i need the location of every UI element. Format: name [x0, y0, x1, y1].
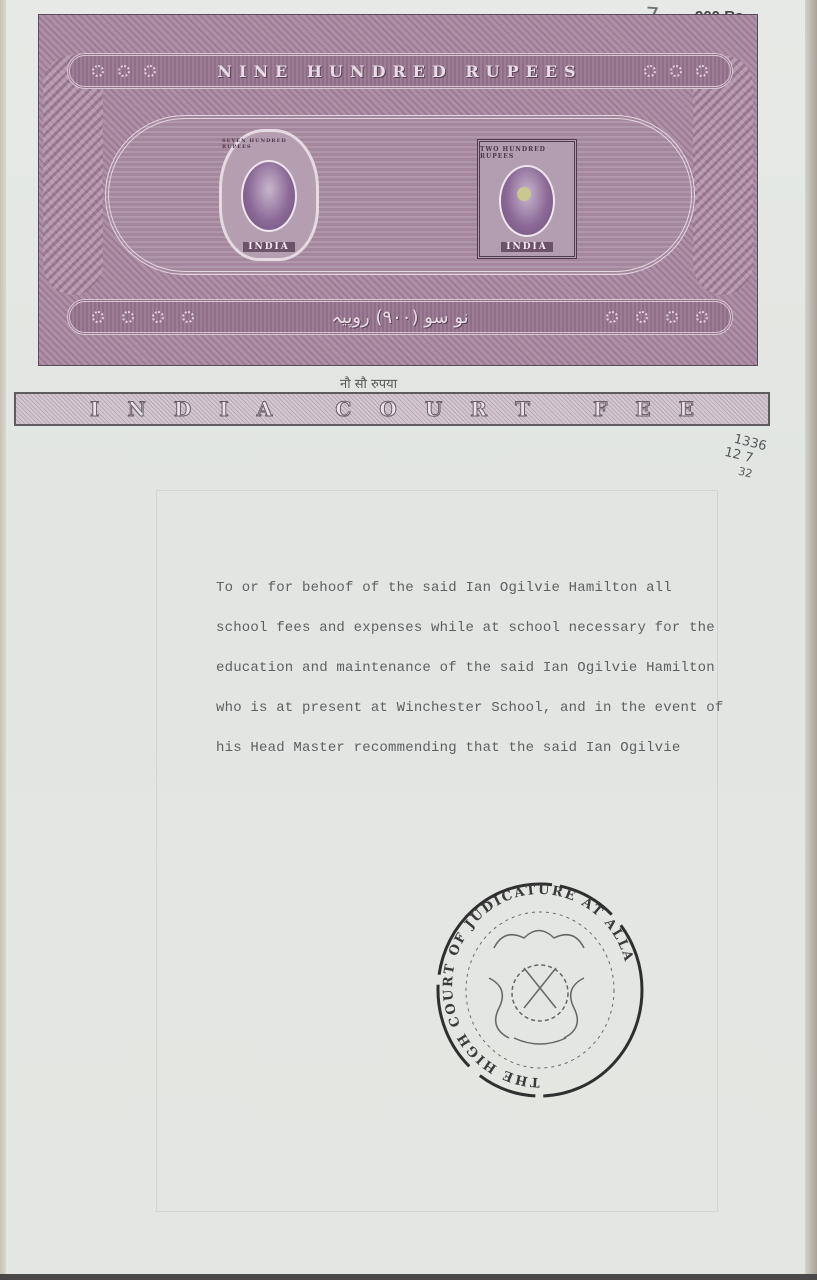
court-fee-letter: N — [127, 397, 145, 421]
court-fee-letter: R — [470, 397, 487, 421]
court-fee-letter — [558, 397, 565, 421]
court-fee-letter: F — [593, 397, 607, 421]
body-line: who is at present at Winchester School, … — [216, 688, 806, 728]
body-line: education and maintenance of the said Ia… — [216, 648, 806, 688]
right-vignette-legend: TWO HUNDRED RUPEES — [480, 146, 574, 160]
india-court-fee-banner: INDIA COURT FEE — [14, 392, 770, 426]
rosette-icon — [144, 65, 156, 77]
background-surface — [0, 1274, 817, 1280]
rosette-icon — [636, 311, 648, 323]
court-fee-letter: O — [379, 397, 396, 421]
left-vignette: SEVEN HUNDRED RUPEES INDIA — [219, 129, 319, 261]
court-fee-letter: A — [257, 397, 273, 421]
rosette-icon — [606, 311, 618, 323]
court-fee-letter: E — [679, 397, 694, 421]
court-fee-letter: I — [219, 397, 228, 421]
court-fee-letter: I — [90, 397, 99, 421]
denomination-urdu: نو سو (۹۰۰) روپیہ — [331, 307, 468, 328]
rosette-icon — [666, 311, 678, 323]
rosette-icon — [92, 311, 104, 323]
king-portrait-icon — [241, 160, 297, 232]
top-denomination-band: NINE HUNDRED RUPEES — [67, 53, 733, 89]
rosette-icon — [152, 311, 164, 323]
hindi-caption: नौ सौ रुपया — [340, 374, 397, 392]
left-vignette-legend: SEVEN HUNDRED RUPEES — [222, 138, 316, 150]
body-line: school fees and expenses while at school… — [216, 608, 806, 648]
right-vignette: TWO HUNDRED RUPEES INDIA — [477, 139, 577, 259]
typed-body-text: To or for behoof of the said Ian Ogilvie… — [216, 568, 806, 768]
court-fee-letter: U — [425, 397, 442, 421]
rosette-icon — [92, 65, 104, 77]
rosette-icon — [644, 65, 656, 77]
court-fee-letter: C — [335, 397, 351, 421]
body-line: his Head Master recommending that the sa… — [216, 728, 806, 768]
court-fee-letter — [300, 397, 307, 421]
bottom-denomination-band: نو سو (۹۰۰) روپیہ — [67, 299, 733, 335]
rosette-icon — [696, 311, 708, 323]
body-line: To or for behoof of the said Ian Ogilvie… — [216, 568, 806, 608]
court-fee-letter: T — [515, 397, 530, 421]
right-vignette-country: INDIA — [501, 242, 552, 252]
leaf-ornament-right — [693, 55, 753, 295]
king-portrait-icon — [499, 165, 555, 237]
high-court-seal-icon: THE HIGH COURT OF JUDICATURE AT ALLA — [434, 878, 646, 1100]
left-vignette-country: INDIA — [243, 242, 294, 252]
court-fee-letter: E — [635, 397, 650, 421]
leaf-ornament-left — [43, 55, 103, 295]
denomination-english: NINE HUNDRED RUPEES — [217, 62, 582, 81]
rosette-icon — [670, 65, 682, 77]
center-guilloche-panel — [105, 115, 695, 275]
paper-right-edge — [805, 0, 817, 1280]
rosette-icon — [696, 65, 708, 77]
court-fee-stamp: NINE HUNDRED RUPEES SEVEN HUNDRED RUPEES… — [38, 14, 758, 366]
rosette-icon — [122, 311, 134, 323]
rosette-icon — [182, 311, 194, 323]
rosette-icon — [118, 65, 130, 77]
court-fee-letter: D — [174, 397, 191, 421]
